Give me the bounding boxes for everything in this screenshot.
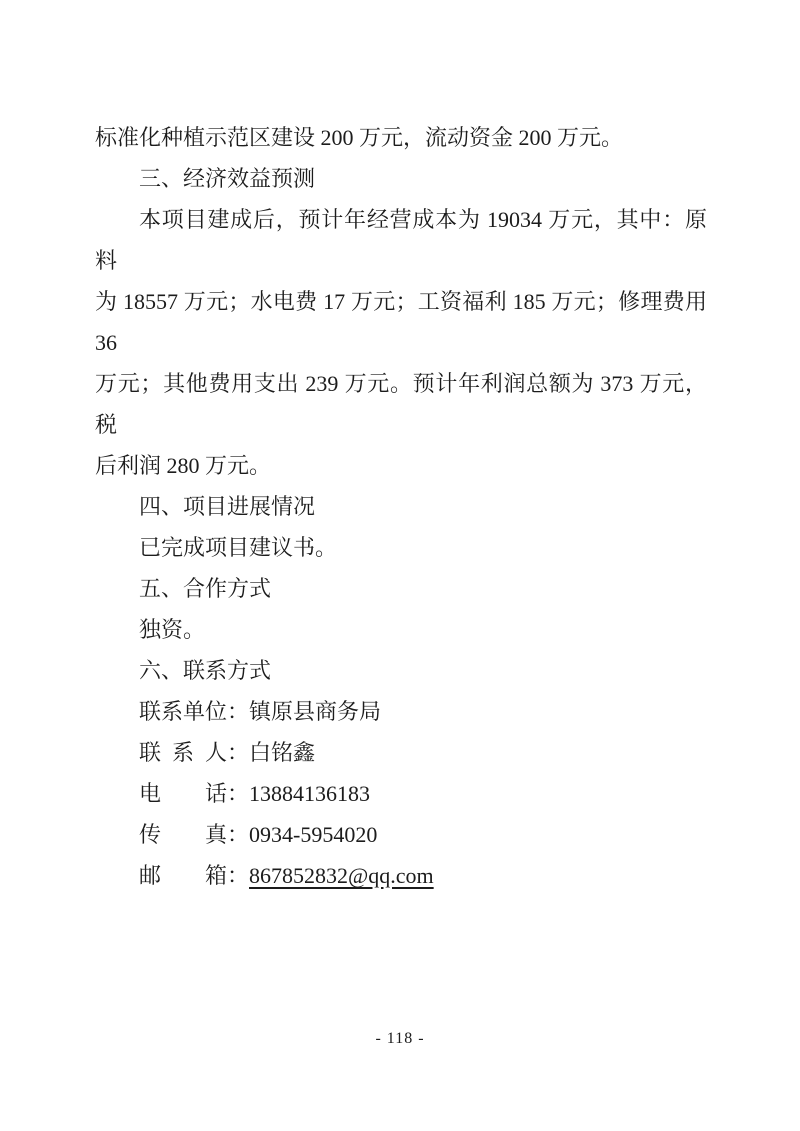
contact-colon: ： <box>227 822 249 847</box>
section3-paragraph-line: 本项目建成后，预计年经营成本为 19034 万元，其中：原料 <box>95 199 707 281</box>
contact-fax-value: 0934-5954020 <box>249 822 377 847</box>
contact-person-label: 联系人 <box>139 732 227 773</box>
contact-phone-value: 13884136183 <box>249 781 370 806</box>
section3-paragraph-line: 为 18557 万元；水电费 17 万元；工资福利 185 万元；修理费用 36 <box>95 281 707 363</box>
contact-row-unit: 联系单位：镇原县商务局 <box>95 691 707 732</box>
contact-unit-value: 镇原县商务局 <box>249 699 381 724</box>
page-footer: - 118 - <box>0 1030 800 1048</box>
contact-row-email: 邮箱：867852832@qq.com <box>95 855 707 896</box>
contact-phone-label: 电话 <box>139 773 227 814</box>
contact-row-phone: 电话：13884136183 <box>95 773 707 814</box>
contact-fax-label: 传真 <box>139 814 227 855</box>
contact-colon: ： <box>227 781 249 806</box>
paragraph-continuation: 标准化种植示范区建设 200 万元，流动资金 200 万元。 <box>95 117 707 158</box>
contact-email-link[interactable]: 867852832@qq.com <box>249 863 434 888</box>
section3-paragraph-line: 万元；其他费用支出 239 万元。预计年利润总额为 373 万元，税 <box>95 363 707 445</box>
section4-body: 已完成项目建议书。 <box>95 527 707 568</box>
contact-colon: ： <box>227 740 249 765</box>
contact-unit-label: 联系单位 <box>139 691 227 732</box>
contact-colon: ： <box>227 699 249 724</box>
section6-heading: 六、联系方式 <box>95 650 707 691</box>
contact-colon: ： <box>227 863 249 888</box>
section4-heading: 四、项目进展情况 <box>95 486 707 527</box>
section5-heading: 五、合作方式 <box>95 568 707 609</box>
section5-body: 独资。 <box>95 609 707 650</box>
section3-heading: 三、经济效益预测 <box>95 158 707 199</box>
document-page: 标准化种植示范区建设 200 万元，流动资金 200 万元。 三、经济效益预测 … <box>0 0 800 1131</box>
contact-row-fax: 传真：0934-5954020 <box>95 814 707 855</box>
page-number: - 118 - <box>375 1030 424 1047</box>
contact-person-value: 白铭鑫 <box>249 740 315 765</box>
contact-row-person: 联系人：白铭鑫 <box>95 732 707 773</box>
section3-paragraph-line: 后利润 280 万元。 <box>95 445 707 486</box>
contact-email-label: 邮箱 <box>139 855 227 896</box>
document-body: 标准化种植示范区建设 200 万元，流动资金 200 万元。 三、经济效益预测 … <box>95 117 707 896</box>
